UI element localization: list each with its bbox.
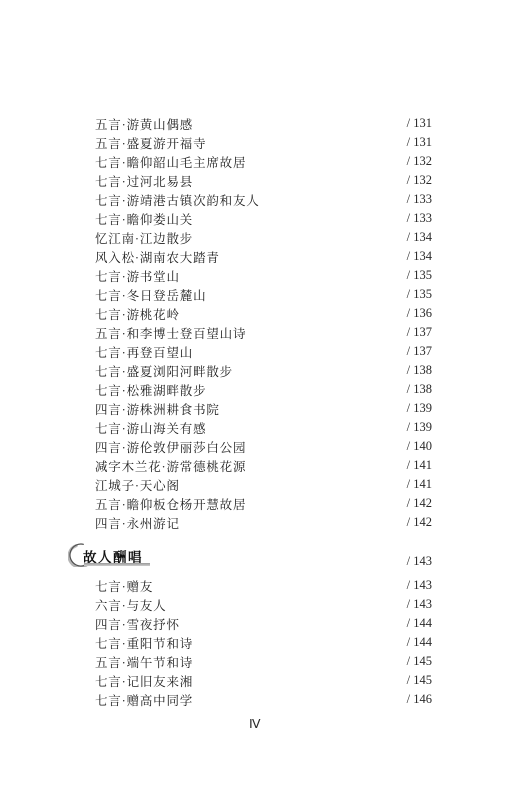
toc-entry-page: / 131 bbox=[407, 135, 432, 150]
toc-entry-title: 七言·游靖港古镇次韵和友人 bbox=[95, 191, 260, 209]
toc-entry-title: 七言·瞻仰娄山关 bbox=[95, 210, 193, 228]
toc-entry-page: / 138 bbox=[407, 363, 432, 378]
toc-entry-page: / 146 bbox=[407, 692, 432, 707]
toc-entry-list: 五言·游黄山偶感/ 131五言·盛夏游开福寺/ 131七言·瞻仰韶山毛主席故居/… bbox=[0, 114, 510, 532]
toc-entry-page: / 137 bbox=[407, 344, 432, 359]
section-heading: 故人酬唱 / 143 bbox=[0, 541, 510, 571]
toc-entry-title: 五言·盛夏游开福寺 bbox=[95, 134, 206, 152]
toc-entry: 七言·游山海关有感/ 139 bbox=[0, 418, 510, 437]
toc-entry-page: / 133 bbox=[407, 211, 432, 226]
toc-entry-title: 忆江南·江边散步 bbox=[95, 229, 193, 247]
toc-entry-page: / 132 bbox=[407, 154, 432, 169]
toc-entry: 四言·永州游记/ 142 bbox=[0, 513, 510, 532]
toc-entry-title: 七言·游书堂山 bbox=[95, 267, 180, 285]
toc-entry: 七言·松雅湖畔散步/ 138 bbox=[0, 380, 510, 399]
toc-entry: 七言·瞻仰娄山关/ 133 bbox=[0, 209, 510, 228]
toc-entry: 五言·瞻仰板仓杨开慧故居/ 142 bbox=[0, 494, 510, 513]
toc-entry: 七言·赠友/ 143 bbox=[0, 576, 510, 595]
toc-entry: 忆江南·江边散步/ 134 bbox=[0, 228, 510, 247]
toc-entry: 七言·游书堂山/ 135 bbox=[0, 266, 510, 285]
toc-entry-page: / 144 bbox=[407, 635, 432, 650]
toc-entry-page: / 138 bbox=[407, 382, 432, 397]
toc-entry-title: 七言·再登百望山 bbox=[95, 343, 193, 361]
toc-entry-title: 风入松·湖南农大踏青 bbox=[95, 248, 220, 266]
toc-entry: 风入松·湖南农大踏青/ 134 bbox=[0, 247, 510, 266]
toc-entry: 七言·瞻仰韶山毛主席故居/ 132 bbox=[0, 152, 510, 171]
toc-entry: 减字木兰花·游常德桃花源/ 141 bbox=[0, 456, 510, 475]
toc-entry: 四言·雪夜抒怀/ 144 bbox=[0, 614, 510, 633]
toc-entry-page: / 136 bbox=[407, 306, 432, 321]
toc-entry: 五言·端午节和诗/ 145 bbox=[0, 652, 510, 671]
section-title-underline bbox=[84, 563, 150, 566]
toc-entry-title: 四言·永州游记 bbox=[95, 514, 180, 532]
toc-entry-title: 七言·游山海关有感 bbox=[95, 419, 206, 437]
section-title-wrap: 故人酬唱 bbox=[83, 546, 143, 567]
toc-entry-page: / 142 bbox=[407, 515, 432, 530]
toc-entry-title: 七言·冬日登岳麓山 bbox=[95, 286, 206, 304]
toc-entry-page: / 139 bbox=[407, 401, 432, 416]
section-page-number: / 143 bbox=[407, 554, 432, 569]
toc-entry-page: / 132 bbox=[407, 173, 432, 188]
toc-entry-title: 七言·赠友 bbox=[95, 577, 153, 595]
toc-entry: 五言·游黄山偶感/ 131 bbox=[0, 114, 510, 133]
toc-entry-title: 五言·端午节和诗 bbox=[95, 653, 193, 671]
toc-entry-title: 七言·过河北易县 bbox=[95, 172, 193, 190]
toc-entry-title: 五言·瞻仰板仓杨开慧故居 bbox=[95, 495, 246, 513]
toc-entry-title: 七言·记旧友来湘 bbox=[95, 672, 193, 690]
toc-entry-page: / 142 bbox=[407, 496, 432, 511]
toc-entry-page: / 145 bbox=[407, 673, 432, 688]
toc-entry: 江城子·天心阁/ 141 bbox=[0, 475, 510, 494]
toc-entry-title: 七言·松雅湖畔散步 bbox=[95, 381, 206, 399]
toc-entry-page: / 144 bbox=[407, 616, 432, 631]
toc-page: 五言·游黄山偶感/ 131五言·盛夏游开福寺/ 131七言·瞻仰韶山毛主席故居/… bbox=[0, 0, 510, 800]
toc-entry-title: 减字木兰花·游常德桃花源 bbox=[95, 457, 246, 475]
toc-entry-page: / 139 bbox=[407, 420, 432, 435]
toc-entry-title: 江城子·天心阁 bbox=[95, 476, 180, 494]
toc-entry-title: 四言·游株洲耕食书院 bbox=[95, 400, 220, 418]
toc-entry-page: / 134 bbox=[407, 249, 432, 264]
toc-entry: 七言·游桃花岭/ 136 bbox=[0, 304, 510, 323]
toc-entry-title: 七言·盛夏浏阳河畔散步 bbox=[95, 362, 233, 380]
toc-entry-title: 四言·游伦敦伊丽莎白公园 bbox=[95, 438, 246, 456]
toc-entry-page: / 135 bbox=[407, 268, 432, 283]
toc-entry-page: / 135 bbox=[407, 287, 432, 302]
toc-entry-title: 五言·和李博士登百望山诗 bbox=[95, 324, 246, 342]
toc-entry-page: / 133 bbox=[407, 192, 432, 207]
toc-entry-page: / 131 bbox=[407, 116, 432, 131]
toc-entry: 五言·和李博士登百望山诗/ 137 bbox=[0, 323, 510, 342]
toc-entry: 五言·盛夏游开福寺/ 131 bbox=[0, 133, 510, 152]
page-footer: Ⅳ bbox=[0, 715, 510, 733]
toc-entry-title: 六言·与友人 bbox=[95, 596, 166, 614]
toc-entry-list-section: 七言·赠友/ 143六言·与友人/ 143四言·雪夜抒怀/ 144七言·重阳节和… bbox=[0, 576, 510, 709]
toc-entry-title: 七言·瞻仰韶山毛主席故居 bbox=[95, 153, 246, 171]
toc-entry-page: / 141 bbox=[407, 477, 432, 492]
toc-entry-title: 七言·赠高中同学 bbox=[95, 691, 193, 709]
toc-entry-page: / 140 bbox=[407, 439, 432, 454]
page-number: Ⅳ bbox=[249, 717, 261, 731]
toc-entry-title: 七言·重阳节和诗 bbox=[95, 634, 193, 652]
toc-entry: 四言·游伦敦伊丽莎白公园/ 140 bbox=[0, 437, 510, 456]
toc-entry-title: 五言·游黄山偶感 bbox=[95, 115, 193, 133]
toc-entry: 四言·游株洲耕食书院/ 139 bbox=[0, 399, 510, 418]
toc-entry: 七言·游靖港古镇次韵和友人/ 133 bbox=[0, 190, 510, 209]
toc-entry: 七言·重阳节和诗/ 144 bbox=[0, 633, 510, 652]
toc-entry-page: / 143 bbox=[407, 597, 432, 612]
toc-entry: 六言·与友人/ 143 bbox=[0, 595, 510, 614]
toc-entry: 七言·记旧友来湘/ 145 bbox=[0, 671, 510, 690]
toc-entry-page: / 145 bbox=[407, 654, 432, 669]
toc-entry-page: / 141 bbox=[407, 458, 432, 473]
toc-entry-page: / 134 bbox=[407, 230, 432, 245]
toc-entry-title: 七言·游桃花岭 bbox=[95, 305, 180, 323]
toc-entry: 七言·赠高中同学/ 146 bbox=[0, 690, 510, 709]
toc-entry-title: 四言·雪夜抒怀 bbox=[95, 615, 180, 633]
toc-entry: 七言·冬日登岳麓山/ 135 bbox=[0, 285, 510, 304]
toc-entry: 七言·再登百望山/ 137 bbox=[0, 342, 510, 361]
toc-entry: 七言·盛夏浏阳河畔散步/ 138 bbox=[0, 361, 510, 380]
toc-entry: 七言·过河北易县/ 132 bbox=[0, 171, 510, 190]
toc-entry-page: / 143 bbox=[407, 578, 432, 593]
toc-entry-page: / 137 bbox=[407, 325, 432, 340]
